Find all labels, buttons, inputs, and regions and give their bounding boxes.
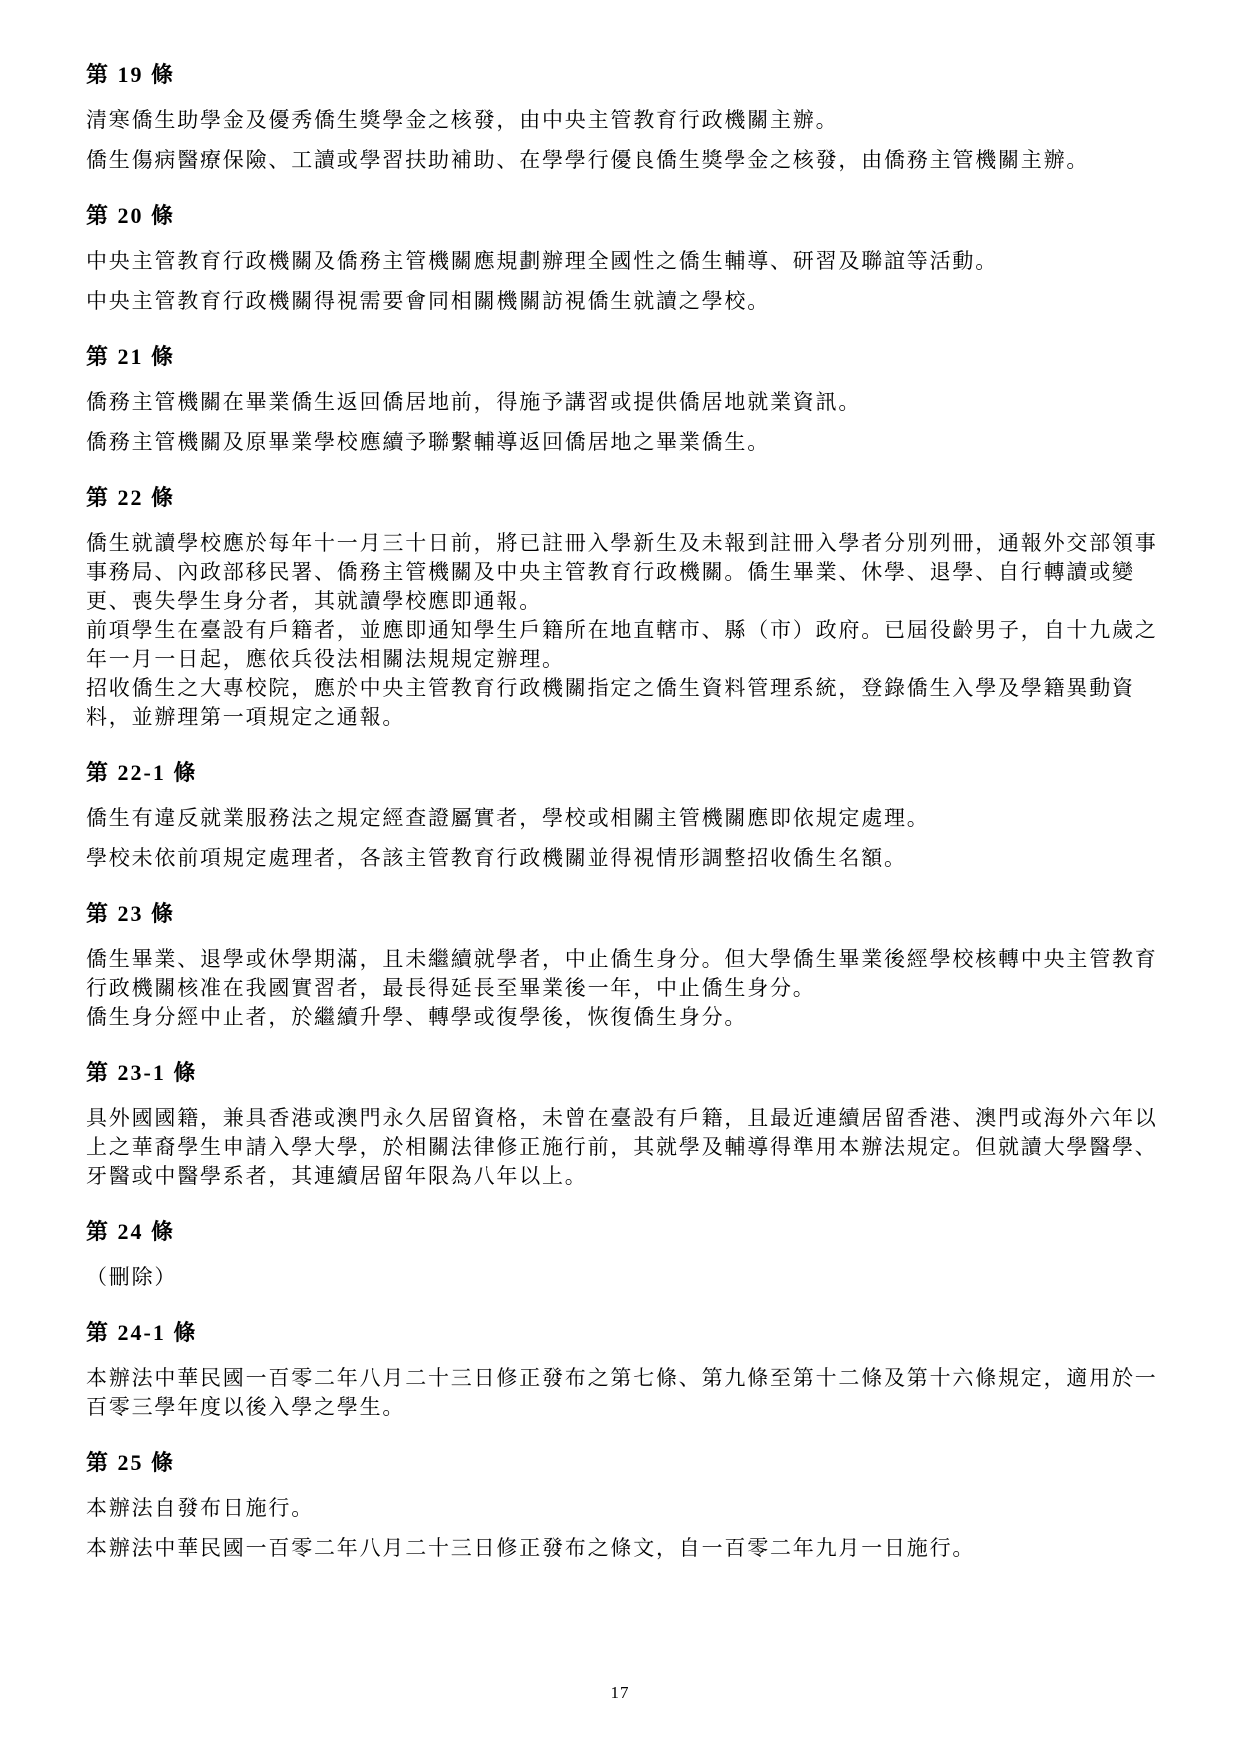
article-paragraph: 招收僑生之大專校院，應於中央主管教育行政機關指定之僑生資料管理系統，登錄僑生入學… bbox=[86, 674, 1162, 732]
articles: 第 19 條清寒僑生助學金及優秀僑生獎學金之核發，由中央主管教育行政機關主辦。僑… bbox=[86, 60, 1162, 1574]
article-heading: 第 22-1 條 bbox=[86, 758, 1162, 788]
document-page: 第 19 條清寒僑生助學金及優秀僑生獎學金之核發，由中央主管教育行政機關主辦。僑… bbox=[0, 0, 1240, 1753]
article-paragraph: 前項學生在臺設有戶籍者，並應即通知學生戶籍所在地直轄市、縣（市）政府。已屆役齡男… bbox=[86, 616, 1162, 674]
article: 第 24-1 條本辦法中華民國一百零二年八月二十三日修正發布之第七條、第九條至第… bbox=[86, 1318, 1162, 1422]
article-paragraph: 僑生畢業、退學或休學期滿，且未繼續就學者，中止僑生身分。但大學僑生畢業後經學校核… bbox=[86, 945, 1162, 1003]
article: 第 23-1 條具外國國籍，兼具香港或澳門永久居留資格，未曾在臺設有戶籍，且最近… bbox=[86, 1058, 1162, 1191]
article-paragraph: 僑生傷病醫療保險、工讀或學習扶助補助、在學學行優良僑生獎學金之核發，由僑務主管機… bbox=[86, 146, 1162, 175]
article-paragraph: 本辦法中華民國一百零二年八月二十三日修正發布之第七條、第九條至第十二條及第十六條… bbox=[86, 1364, 1162, 1422]
article-paragraph: 清寒僑生助學金及優秀僑生獎學金之核發，由中央主管教育行政機關主辦。 bbox=[86, 106, 1162, 135]
article-paragraph: 僑務主管機關及原畢業學校應續予聯繫輔導返回僑居地之畢業僑生。 bbox=[86, 428, 1162, 457]
article: 第 20 條中央主管教育行政機關及僑務主管機關應規劃辦理全國性之僑生輔導、研習及… bbox=[86, 201, 1162, 316]
article-heading: 第 24-1 條 bbox=[86, 1318, 1162, 1348]
article: 第 25 條本辦法自發布日施行。本辦法中華民國一百零二年八月二十三日修正發布之條… bbox=[86, 1448, 1162, 1563]
article-heading: 第 24 條 bbox=[86, 1217, 1162, 1247]
article-heading: 第 25 條 bbox=[86, 1448, 1162, 1478]
article: 第 22-1 條僑生有違反就業服務法之規定經查證屬實者，學校或相關主管機關應即依… bbox=[86, 758, 1162, 873]
article-heading: 第 20 條 bbox=[86, 201, 1162, 231]
article-paragraph: 僑生身分經中止者，於繼續升學、轉學或復學後，恢復僑生身分。 bbox=[86, 1003, 1162, 1032]
page-number: 17 bbox=[0, 1683, 1240, 1703]
article-paragraph: 僑生就讀學校應於每年十一月三十日前，將已註冊入學新生及未報到註冊入學者分別列冊，… bbox=[86, 529, 1162, 616]
article-heading: 第 21 條 bbox=[86, 342, 1162, 372]
article-paragraph: 具外國國籍，兼具香港或澳門永久居留資格，未曾在臺設有戶籍，且最近連續居留香港、澳… bbox=[86, 1104, 1162, 1191]
article-paragraph: 中央主管教育行政機關得視需要會同相關機關訪視僑生就讀之學校。 bbox=[86, 287, 1162, 316]
article-paragraph: 本辦法自發布日施行。 bbox=[86, 1494, 1162, 1523]
article-heading: 第 23-1 條 bbox=[86, 1058, 1162, 1088]
article-heading: 第 23 條 bbox=[86, 899, 1162, 929]
article-paragraph: 學校未依前項規定處理者，各該主管教育行政機關並得視情形調整招收僑生名額。 bbox=[86, 844, 1162, 873]
article: 第 24 條（刪除） bbox=[86, 1217, 1162, 1292]
article: 第 21 條僑務主管機關在畢業僑生返回僑居地前，得施予講習或提供僑居地就業資訊。… bbox=[86, 342, 1162, 457]
article-paragraph: 僑生有違反就業服務法之規定經查證屬實者，學校或相關主管機關應即依規定處理。 bbox=[86, 804, 1162, 833]
article: 第 23 條僑生畢業、退學或休學期滿，且未繼續就學者，中止僑生身分。但大學僑生畢… bbox=[86, 899, 1162, 1032]
article: 第 22 條僑生就讀學校應於每年十一月三十日前，將已註冊入學新生及未報到註冊入學… bbox=[86, 483, 1162, 732]
article-paragraph: （刪除） bbox=[86, 1263, 1162, 1292]
article-heading: 第 19 條 bbox=[86, 60, 1162, 90]
article-paragraph: 僑務主管機關在畢業僑生返回僑居地前，得施予講習或提供僑居地就業資訊。 bbox=[86, 388, 1162, 417]
article-paragraph: 本辦法中華民國一百零二年八月二十三日修正發布之條文，自一百零二年九月一日施行。 bbox=[86, 1534, 1162, 1563]
article-paragraph: 中央主管教育行政機關及僑務主管機關應規劃辦理全國性之僑生輔導、研習及聯誼等活動。 bbox=[86, 247, 1162, 276]
article: 第 19 條清寒僑生助學金及優秀僑生獎學金之核發，由中央主管教育行政機關主辦。僑… bbox=[86, 60, 1162, 175]
article-heading: 第 22 條 bbox=[86, 483, 1162, 513]
